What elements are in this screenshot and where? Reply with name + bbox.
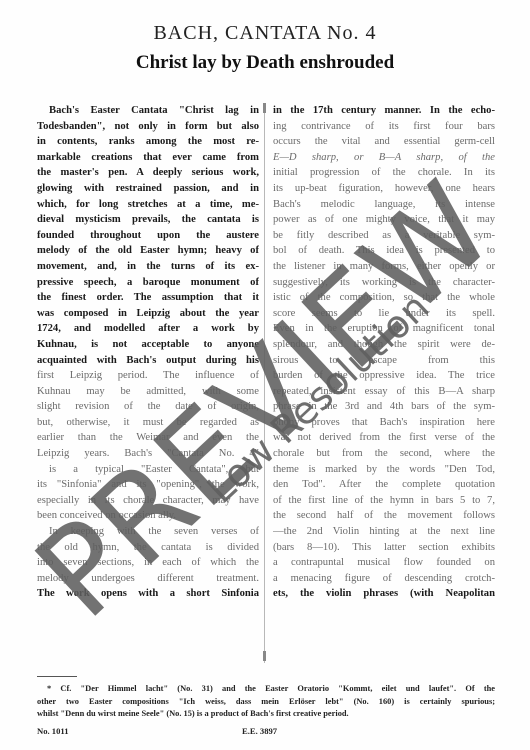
text-line: the old hymn, the cantata is divided — [37, 540, 259, 556]
text-line: ets, the violin phrases (with Neapolitan — [273, 586, 495, 602]
text-line: melody of the old Easter hymn; heavy of — [37, 243, 259, 259]
text-line: splendour, and though the spirit were de… — [273, 337, 495, 353]
text-line: markable creations that ever came from — [37, 150, 259, 166]
footnote-rule — [37, 676, 77, 677]
text-line: Even in the eruption of magnificent tona… — [273, 321, 495, 337]
text-line: power as of one mighty voice, that it ma… — [273, 212, 495, 228]
divider-tick — [263, 651, 266, 661]
text-line: earlier than the Weimar and even the — [37, 430, 259, 446]
text-line: Leipzig years. Bach's "Cantata No. 4" — [37, 446, 259, 462]
text-line: its up-beat figuration, however, one hea… — [273, 181, 495, 197]
left-text-column: Bach's Easter Cantata "Christ lag in Tod… — [37, 103, 259, 602]
column-divider — [264, 103, 265, 663]
text-line: dieval mysticism prevails, the cantata i… — [37, 212, 259, 228]
text-line: istic of the composition, so that the wh… — [273, 290, 495, 306]
text-line: slight revision of the date of origin, — [37, 399, 259, 415]
text-line: melody undergoes different treatment. — [37, 571, 259, 587]
score-preface-page: BACH, CANTATA No. 4 Christ lay by Death … — [0, 0, 530, 750]
text-line: bol of death. This idea is presented to — [273, 243, 495, 259]
text-line: be fitly described as a veritable sym- — [273, 228, 495, 244]
text-line: acquainted with Bach's output during his — [37, 353, 259, 369]
text-line: movement, and, in the turns of its ex- — [37, 259, 259, 275]
text-line: 1724, and modelled after a work by — [37, 321, 259, 337]
text-line: the finest order. The assumption that it — [37, 290, 259, 306]
text-line: Todesbanden", not only in form but also — [37, 119, 259, 135]
text-line: ing contrivance of its first four bars — [273, 119, 495, 135]
text-line: which, for long stretches at a time, me- — [37, 197, 259, 213]
text-line: was not derived from the first verse of … — [273, 430, 495, 446]
text-line: chorale but from the second, where the — [273, 446, 495, 462]
text-line: founded throughout upon the austere — [37, 228, 259, 244]
text-line: score seems to lie under its spell. — [273, 306, 495, 322]
page-number: No. 1011 — [37, 726, 69, 736]
text-line: Bach's Easter Cantata "Christ lag in — [37, 103, 259, 119]
text-line: was composed in Leipzig about the year — [37, 306, 259, 322]
text-line: in contents, ranks among the most re- — [37, 134, 259, 150]
text-line: phrase in the 3rd and 4th bars of the sy… — [273, 399, 495, 415]
text-line: but, otherwise, it must be regarded as — [37, 415, 259, 431]
text-line: initial progression of the chorale. In i… — [273, 165, 495, 181]
text-line: occurs the vital and essential germ-cell — [273, 134, 495, 150]
text-line: The work opens with a short Sinfonia — [37, 586, 259, 602]
text-line: the master's pen. A deeply serious work, — [37, 165, 259, 181]
text-line: glowing with restrained passion, and in — [37, 181, 259, 197]
text-line: theme is marked by the words "Den Tod, — [273, 462, 495, 478]
text-line: is a typical "Easter Cantata", but — [37, 462, 259, 478]
text-line: pressive speech, a baroque monument of — [37, 275, 259, 291]
text-line: In keeping with the seven verses of — [37, 524, 259, 540]
footnote: * Cf. "Der Himmel lacht" (No. 31) and th… — [37, 683, 495, 721]
text-line: especially in its chorale character, may… — [37, 493, 259, 509]
right-text-column: in the 17th century manner. In the echo-… — [273, 103, 495, 602]
text-line: sirous to escape from this — [273, 353, 495, 369]
text-line: in the 17th century manner. In the echo- — [273, 103, 495, 119]
text-line: burden of the oppressive idea. The trice — [273, 368, 495, 384]
divider-tick — [263, 103, 266, 113]
text-line: (bars 8—10). This latter section exhibit… — [273, 540, 495, 556]
footnote-line: * Cf. "Der Himmel lacht" (No. 31) and th… — [37, 683, 495, 696]
text-line: a contrapuntal musical flow founded on — [273, 555, 495, 571]
text-line: Kuhnau may be admitted, with some — [37, 384, 259, 400]
text-line: into seven sections, in each of which th… — [37, 555, 259, 571]
page-subtitle: Christ lay by Death enshrouded — [0, 52, 530, 74]
text-line: the second half of the movement follows — [273, 508, 495, 524]
text-line: —the 2nd Violin hinting at the next line — [273, 524, 495, 540]
text-line: first Leipzig period. The influence of — [37, 368, 259, 384]
text-line: phony proves that Bach's inspiration her… — [273, 415, 495, 431]
text-line: Bach's melodic language, its intense — [273, 197, 495, 213]
page-title: BACH, CANTATA No. 4 — [0, 22, 530, 45]
text-line: of the first line of the hymn in bars 5 … — [273, 493, 495, 509]
text-line: repeated, insistent essay of this B—A sh… — [273, 384, 495, 400]
text-line: its "Sinfonia" and its "opening", the wo… — [37, 477, 259, 493]
footnote-line: whilst "Denn du wirst meine Seele" (No. … — [37, 708, 495, 721]
text-line: a menacing figure of descending crotch- — [273, 571, 495, 587]
footnote-line: other two Easter compositions "Ich weiss… — [37, 696, 495, 709]
text-line: suggestively, its working is the charact… — [273, 275, 495, 291]
text-line: den Tod". After the complete quotation — [273, 477, 495, 493]
text-line: the listener in many forms, either openl… — [273, 259, 495, 275]
text-line: E—D sharp, or B—A sharp, of the — [273, 150, 495, 166]
text-line: Kuhnau, is not acceptable to anyone — [37, 337, 259, 353]
plate-number: E.E. 3897 — [242, 726, 277, 736]
text-line: been conceived on occasion ally. — [37, 508, 259, 524]
